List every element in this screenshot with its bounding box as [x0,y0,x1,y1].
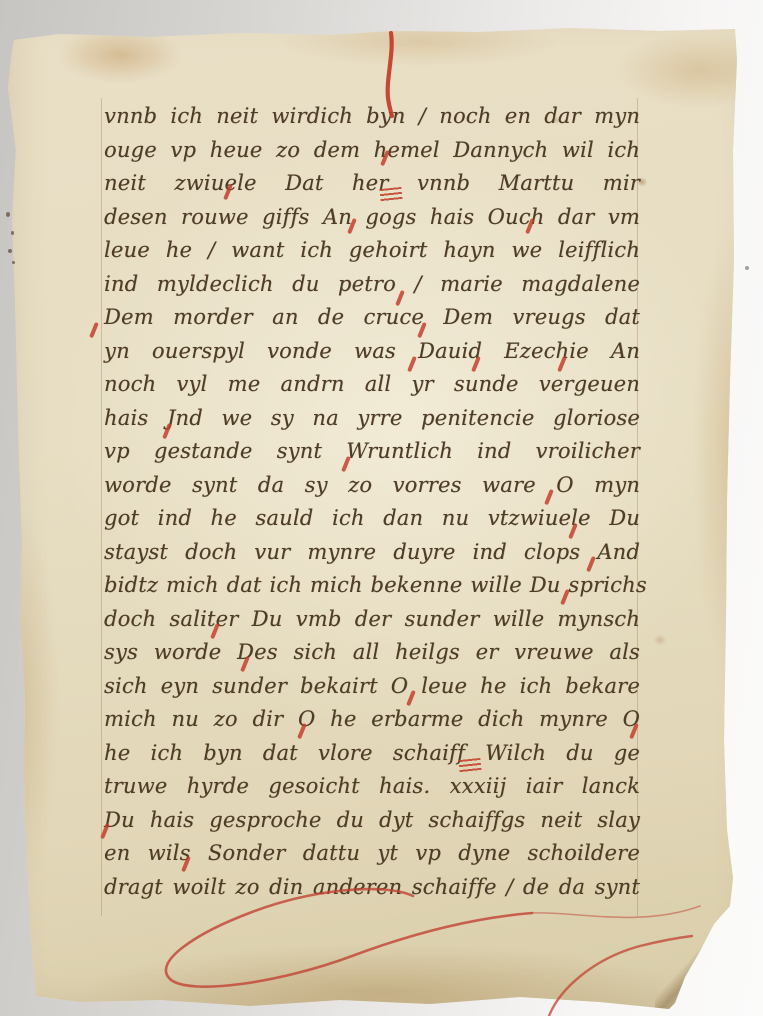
photo-background: vnnb ich neit wirdich byn / noch en dar … [0,0,763,1016]
manuscript-line: doch saliter Du vmb der sunder wille myn… [104,603,640,637]
manuscript-leaf: vnnb ich neit wirdich byn / noch en dar … [0,0,763,1016]
manuscript-line: Du hais gesproche du dyt schaiffgs neit … [104,804,640,838]
manuscript-line: vp gestande synt Wruntlich ind vroiliche… [104,435,640,469]
manuscript-line: sys worde Des sich all heilgs er vreuwe … [104,636,640,670]
manuscript-line: stayst doch vur mynre duyre ind clops An… [104,536,640,570]
manuscript-line: ind myldeclich du petro / marie magdalen… [104,268,640,302]
manuscript-line: vnnb ich neit wirdich byn / noch en dar … [104,100,640,134]
manuscript-line: worde synt da sy zo vorres ware O myn [104,469,640,503]
manuscript-line: Dem morder an de cruce Dem vreugs dat [104,301,640,335]
rubrication-mark [89,322,98,338]
manuscript-line: desen rouwe giffs An gogs hais Ouch dar … [104,201,640,235]
manuscript-line: mich nu zo dir O he erbarme dich mynre O [104,703,640,737]
manuscript-text-block: vnnb ich neit wirdich byn / noch en dar … [104,100,640,904]
manuscript-line: hais Jnd we sy na yrre penitencie glorio… [104,402,640,436]
rubrication-strikethrough [458,758,481,773]
manuscript-line: leue he / want ich gehoirt hayn we leiff… [104,234,640,268]
manuscript-line: got ind he sauld ich dan nu vtzwiuele Du [104,502,640,536]
ink-speck [8,249,12,253]
ink-speck [6,212,10,217]
margin-ruling-left [101,98,102,916]
manuscript-line: neit zwiuele Dat her vnnb Marttu mir [104,167,640,201]
manuscript-line: dragt woilt zo din anderen schaiffe / de… [104,871,640,905]
manuscript-line: bidtz mich dat ich mich bekenne wille Du… [104,569,640,603]
manuscript-line: he ich byn dat vlore schaiff Wilch du ge [104,737,640,771]
manuscript-line: noch vyl me andrn all yr sunde vergeuen [104,368,640,402]
background-speck [745,266,749,270]
ink-speck [12,261,15,264]
manuscript-line: sich eyn sunder bekairt O leue he ich be… [104,670,640,704]
manuscript-line: ouge vp heue zo dem hemel Dannych wil ic… [104,134,640,168]
ink-speck [11,231,14,235]
rubrication-strikethrough [379,187,402,202]
manuscript-line: truwe hyrde gesoicht hais. xxxiij iair l… [104,770,640,804]
corner-fold [655,898,755,1013]
